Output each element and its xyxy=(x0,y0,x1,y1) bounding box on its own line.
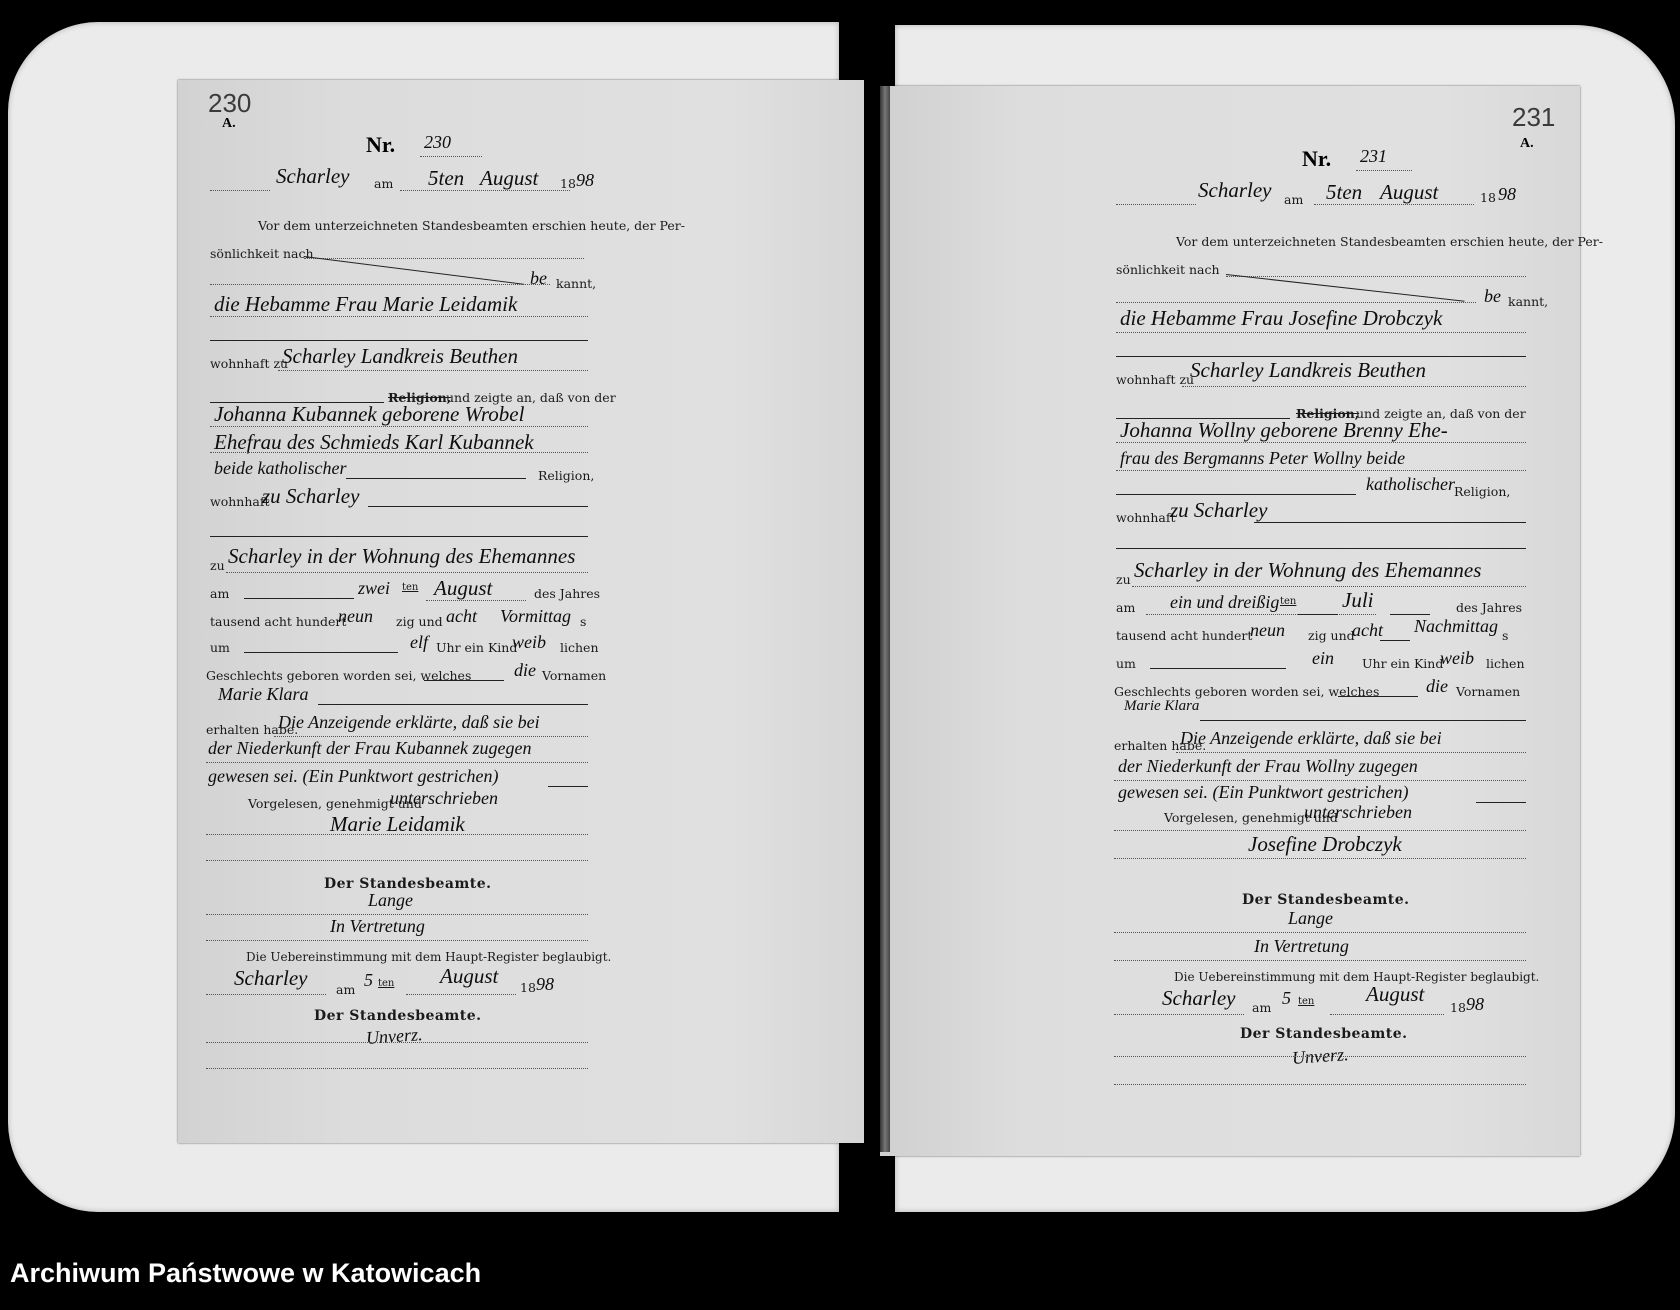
registration-place: Scharley xyxy=(1198,178,1271,203)
section-letter: A. xyxy=(1520,136,1534,152)
informant-signature: Josefine Drobczyk xyxy=(1248,832,1402,857)
child-names: Marie Klara xyxy=(1124,698,1199,715)
parents-residence: zu Scharley xyxy=(262,484,359,509)
child-names: Marie Klara xyxy=(218,684,309,705)
remark-line-1: Die Anzeigende erklärte, daß sie bei xyxy=(1180,728,1442,749)
birth-place: Scharley in der Wohnung des Ehemannes xyxy=(1134,558,1481,583)
child-sex: weib xyxy=(1440,648,1474,669)
birth-year-unit: acht xyxy=(446,606,477,627)
birth-hour: ein xyxy=(1312,648,1334,669)
birth-day: ein und dreißig xyxy=(1170,592,1279,613)
folio-number: 230 xyxy=(208,88,251,119)
informant-name: die Hebamme Frau Josefine Drobczyk xyxy=(1120,306,1442,331)
birth-time-of-day: Nachmittag xyxy=(1414,616,1498,637)
unterschrieben: unterschrieben xyxy=(1304,802,1412,823)
registration-year: 98 xyxy=(1498,184,1516,205)
birth-year-decade: neun xyxy=(338,606,373,627)
mother-line-2: frau des Bergmanns Peter Wollny beide xyxy=(1120,448,1405,469)
cert-month: August xyxy=(440,964,498,989)
registration-month: August xyxy=(1380,180,1438,205)
registrar-name: Lange xyxy=(368,890,413,911)
unterschrieben: unterschrieben xyxy=(390,788,498,809)
registrar-title: Der Standesbeamte. xyxy=(1242,892,1410,908)
registration-day: 5ten xyxy=(428,166,464,191)
birth-month: August xyxy=(434,576,492,601)
registration-place: Scharley xyxy=(276,164,349,189)
cert-place: Scharley xyxy=(234,966,307,991)
registrar-signature-2: Unverz. xyxy=(365,1024,423,1049)
remark-line-3: gewesen sei. (Ein Punktwort gestrichen) xyxy=(208,766,498,787)
registration-month: August xyxy=(480,166,538,191)
mother-line-3: katholischer xyxy=(1366,474,1455,495)
remark-line-2: der Niederkunft der Frau Kubannek zugege… xyxy=(208,738,531,759)
informant-name: die Hebamme Frau Marie Leidamik xyxy=(214,292,517,317)
record-number-value: 230 xyxy=(424,132,451,153)
birth-day: zwei xyxy=(358,578,390,599)
certification-text: Die Uebereinstimmung mit dem Haupt-Regis… xyxy=(1174,970,1539,984)
birth-time-of-day: Vormittag xyxy=(500,606,571,627)
in-vertretung: In Vertretung xyxy=(1254,936,1349,957)
in-vertretung: In Vertretung xyxy=(330,916,425,937)
registrar-title-2: Der Standesbeamte. xyxy=(314,1008,482,1024)
cert-place: Scharley xyxy=(1162,986,1235,1011)
parents-residence: zu Scharley xyxy=(1170,498,1267,523)
register-page-right: 231 A. Nr. 231 Scharley am 5ten August 1… xyxy=(880,86,1580,1156)
registration-day: 5ten xyxy=(1326,180,1362,205)
registrar-title-2: Der Standesbeamte. xyxy=(1240,1026,1408,1042)
archive-footer: Archiwum Państwowe w Katowicach xyxy=(10,1258,481,1289)
remark-line-2: der Niederkunft der Frau Wollny zugegen xyxy=(1118,756,1418,777)
folio-number: 231 xyxy=(1512,102,1555,133)
birth-year-decade: neun xyxy=(1250,620,1285,641)
birth-hour: elf xyxy=(410,632,428,653)
registration-year: 98 xyxy=(576,170,594,191)
mother-line-1: Johanna Kubannek geborene Wrobel xyxy=(214,402,524,427)
registrar-name: Lange xyxy=(1288,908,1333,929)
book-spine xyxy=(880,86,890,1152)
record-number-label: Nr. xyxy=(366,132,395,158)
birth-place: Scharley in der Wohnung des Ehemannes xyxy=(228,544,575,569)
section-letter: A. xyxy=(222,116,236,132)
cert-month: August xyxy=(1366,982,1424,1007)
birth-year-unit: acht xyxy=(1352,620,1383,641)
register-page-left: 230 A. Nr. 230 Scharley am 5ten August 1… xyxy=(178,80,864,1143)
mother-line-1: Johanna Wollny geborene Brenny Ehe- xyxy=(1120,418,1448,443)
certification-text: Die Uebereinstimmung mit dem Haupt-Regis… xyxy=(246,950,611,964)
remark-line-1: Die Anzeigende erklärte, daß sie bei xyxy=(278,712,540,733)
remark-line-3: gewesen sei. (Ein Punktwort gestrichen) xyxy=(1118,782,1408,803)
informant-residence: Scharley Landkreis Beuthen xyxy=(282,344,518,369)
birth-month: Juli xyxy=(1342,588,1374,613)
cert-day: 5 xyxy=(1282,988,1291,1009)
cert-day: 5 xyxy=(364,970,373,991)
child-sex: weib xyxy=(512,632,546,653)
record-number-value: 231 xyxy=(1360,146,1387,167)
mother-line-3: beide katholischer xyxy=(214,458,346,479)
informant-residence: Scharley Landkreis Beuthen xyxy=(1190,358,1426,383)
record-number-label: Nr. xyxy=(1302,146,1331,172)
